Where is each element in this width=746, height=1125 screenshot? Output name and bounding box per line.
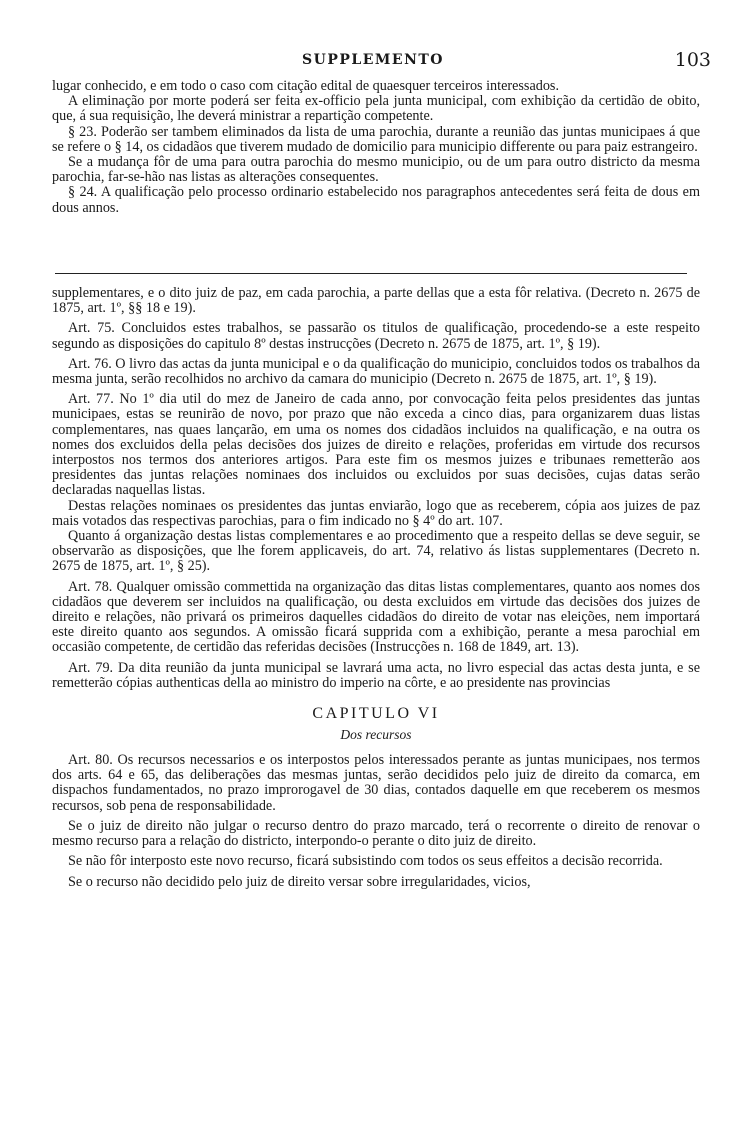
paragraph-section-24: § 24. A qualificação pelo processo ordin… (52, 185, 700, 215)
paragraph: Se o recurso não decidido pelo juiz de d… (52, 875, 700, 890)
paragraph: Quanto á organização destas listas compl… (52, 529, 700, 575)
page-header: SUPPLEMENTO 103 (0, 52, 746, 76)
paragraph: Se a mudança fôr de uma para outra paroc… (52, 155, 700, 185)
paragraph: Se o juiz de direito não julgar o recurs… (52, 819, 700, 849)
chapter-subtitle: Dos recursos (52, 727, 700, 743)
article-79: Art. 79. Da dita reunião da junta munici… (52, 661, 700, 691)
document-page: SUPPLEMENTO 103 lugar conhecido, e em to… (0, 0, 746, 1125)
chapter-title: CAPITULO VI (52, 705, 700, 723)
article-80: Art. 80. Os recursos necessarios e os in… (52, 753, 700, 814)
paragraph: supplementares, e o dito juiz de paz, em… (52, 286, 700, 316)
article-78: Art. 78. Qualquer omissão commettida na … (52, 580, 700, 656)
paragraph-section-23: § 23. Poderão ser tambem eliminados da l… (52, 125, 700, 155)
article-75: Art. 75. Concluidos estes trabalhos, se … (52, 321, 700, 351)
section-separator (55, 273, 687, 274)
top-section: lugar conhecido, e em todo o caso com ci… (52, 79, 700, 216)
page-number: 103 (675, 49, 711, 71)
paragraph: lugar conhecido, e em todo o caso com ci… (52, 79, 700, 94)
article-76: Art. 76. O livro das actas da junta muni… (52, 357, 700, 387)
main-section: supplementares, e o dito juiz de paz, em… (52, 286, 700, 890)
paragraph: A eliminação por morte poderá ser feita … (52, 94, 700, 124)
paragraph: Destas relações nominaes os presidentes … (52, 499, 700, 529)
paragraph: Se não fôr interposto este novo recurso,… (52, 854, 700, 869)
running-title: SUPPLEMENTO (0, 52, 746, 68)
article-77: Art. 77. No 1º dia util do mez de Janeir… (52, 392, 700, 498)
